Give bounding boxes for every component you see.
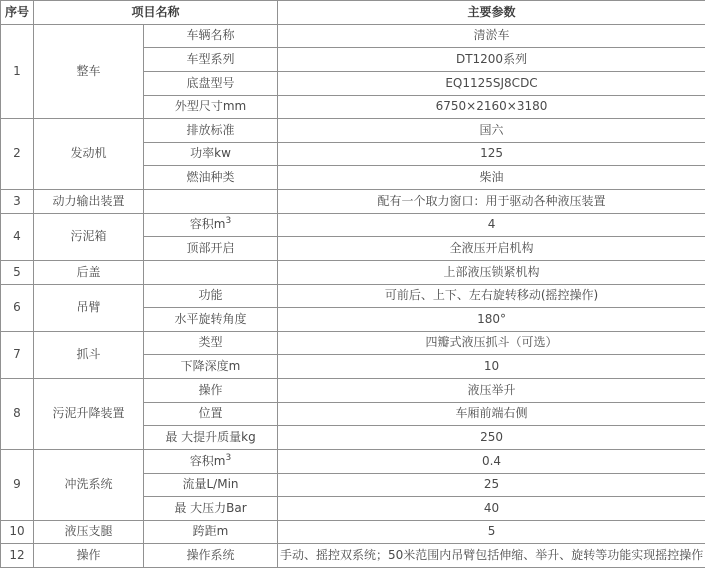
cell-sub-label: 最 大提升质量kg xyxy=(144,426,278,450)
header-col-params: 主要参数 xyxy=(278,1,705,25)
cell-sub-label: 操作系统 xyxy=(144,544,278,568)
cell-sub-label: 下降深度m xyxy=(144,355,278,379)
cell-serial-number: 7 xyxy=(1,331,34,378)
cell-item-name: 污泥升降装置 xyxy=(34,379,144,450)
header-col-serial: 序号 xyxy=(1,1,34,25)
cell-param-value: 6750×2160×3180 xyxy=(278,95,705,119)
cell-param-value: 柴油 xyxy=(278,166,705,190)
cell-serial-number: 4 xyxy=(1,213,34,260)
table-row: 2 发动机 排放标准 国六 xyxy=(1,119,705,143)
cell-serial-number: 6 xyxy=(1,284,34,331)
cell-item-name: 操作 xyxy=(34,544,144,568)
table-row: 12 操作 操作系统 手动、摇控双系统；50米范围内吊臂包括伸缩、举升、旋转等功… xyxy=(1,544,705,568)
sub-label-text: 容积m xyxy=(190,454,226,468)
table-row: 3 动力输出装置 配有一个取力窗口：用于驱动各种液压装置 xyxy=(1,190,705,214)
cell-serial-number: 8 xyxy=(1,379,34,450)
cell-sub-label: 顶部开启 xyxy=(144,237,278,261)
cell-param-value: 配有一个取力窗口：用于驱动各种液压装置 xyxy=(278,190,705,214)
cell-sub-label: 外型尺寸mm xyxy=(144,95,278,119)
cell-param-value: 可前后、上下、左右旋转移动(摇控操作) xyxy=(278,284,705,308)
cell-item-name: 整车 xyxy=(34,24,144,119)
cell-param-value: 250 xyxy=(278,426,705,450)
cell-param-value: 180° xyxy=(278,308,705,332)
cell-sub-label: 跨距m xyxy=(144,520,278,544)
cell-param-value: 手动、摇控双系统；50米范围内吊臂包括伸缩、举升、旋转等功能实现摇控操作 xyxy=(278,544,705,568)
cell-sub-label: 排放标准 xyxy=(144,119,278,143)
cell-item-name: 液压支腿 xyxy=(34,520,144,544)
cell-param-value: 清淤车 xyxy=(278,24,705,48)
cell-param-value: 5 xyxy=(278,520,705,544)
cell-param-value: 全液压开启机构 xyxy=(278,237,705,261)
spec-table: 序号 项目名称 主要参数 1 整车 车辆名称 清淤车 车型系列 DT1200系列… xyxy=(0,0,705,568)
cell-param-value: DT1200系列 xyxy=(278,48,705,72)
sub-label-text: 容积m xyxy=(190,217,226,231)
cell-serial-number: 9 xyxy=(1,449,34,520)
sub-label-superscript: 3 xyxy=(225,216,231,226)
cell-item-name: 冲洗系统 xyxy=(34,449,144,520)
table-row: 4 污泥箱 容积m3 4 xyxy=(1,213,705,237)
cell-param-value: 125 xyxy=(278,142,705,166)
cell-serial-number: 1 xyxy=(1,24,34,119)
cell-param-value: 车厢前端右侧 xyxy=(278,402,705,426)
cell-sub-label: 车辆名称 xyxy=(144,24,278,48)
cell-sub-label xyxy=(144,260,278,284)
cell-sub-label: 操作 xyxy=(144,379,278,403)
table-row: 1 整车 车辆名称 清淤车 xyxy=(1,24,705,48)
header-row: 序号 项目名称 主要参数 xyxy=(1,1,705,25)
cell-sub-label: 流量L/Min xyxy=(144,473,278,497)
cell-sub-label: 车型系列 xyxy=(144,48,278,72)
table-row: 8 污泥升降装置 操作 液压举升 xyxy=(1,379,705,403)
cell-param-value: 0.4 xyxy=(278,449,705,473)
cell-item-name: 吊臂 xyxy=(34,284,144,331)
cell-serial-number: 5 xyxy=(1,260,34,284)
cell-serial-number: 3 xyxy=(1,190,34,214)
cell-item-name: 动力输出装置 xyxy=(34,190,144,214)
table-row: 7 抓斗 类型 四瓣式液压抓斗（可选） xyxy=(1,331,705,355)
cell-param-value: 上部液压锁紧机构 xyxy=(278,260,705,284)
cell-sub-label xyxy=(144,190,278,214)
cell-sub-label: 容积m3 xyxy=(144,449,278,473)
cell-serial-number: 12 xyxy=(1,544,34,568)
cell-param-value: 液压举升 xyxy=(278,379,705,403)
cell-sub-label: 位置 xyxy=(144,402,278,426)
cell-serial-number: 2 xyxy=(1,119,34,190)
cell-param-value: 4 xyxy=(278,213,705,237)
cell-sub-label: 燃油种类 xyxy=(144,166,278,190)
cell-sub-label: 功能 xyxy=(144,284,278,308)
cell-sub-label: 底盘型号 xyxy=(144,71,278,95)
table-row: 10 液压支腿 跨距m 5 xyxy=(1,520,705,544)
cell-sub-label: 类型 xyxy=(144,331,278,355)
sub-label-superscript: 3 xyxy=(225,453,231,463)
table-row: 9 冲洗系统 容积m3 0.4 xyxy=(1,449,705,473)
cell-param-value: EQ1125SJ8CDC xyxy=(278,71,705,95)
table-row: 6 吊臂 功能 可前后、上下、左右旋转移动(摇控操作) xyxy=(1,284,705,308)
cell-sub-label: 水平旋转角度 xyxy=(144,308,278,332)
table-row: 5 后盖 上部液压锁紧机构 xyxy=(1,260,705,284)
cell-item-name: 抓斗 xyxy=(34,331,144,378)
cell-serial-number: 10 xyxy=(1,520,34,544)
cell-sub-label: 功率kw xyxy=(144,142,278,166)
cell-param-value: 10 xyxy=(278,355,705,379)
cell-param-value: 40 xyxy=(278,497,705,521)
header-col-item-name: 项目名称 xyxy=(34,1,278,25)
cell-param-value: 25 xyxy=(278,473,705,497)
cell-param-value: 四瓣式液压抓斗（可选） xyxy=(278,331,705,355)
cell-item-name: 污泥箱 xyxy=(34,213,144,260)
cell-item-name: 后盖 xyxy=(34,260,144,284)
cell-sub-label: 容积m3 xyxy=(144,213,278,237)
cell-param-value: 国六 xyxy=(278,119,705,143)
cell-sub-label: 最 大压力Bar xyxy=(144,497,278,521)
cell-item-name: 发动机 xyxy=(34,119,144,190)
